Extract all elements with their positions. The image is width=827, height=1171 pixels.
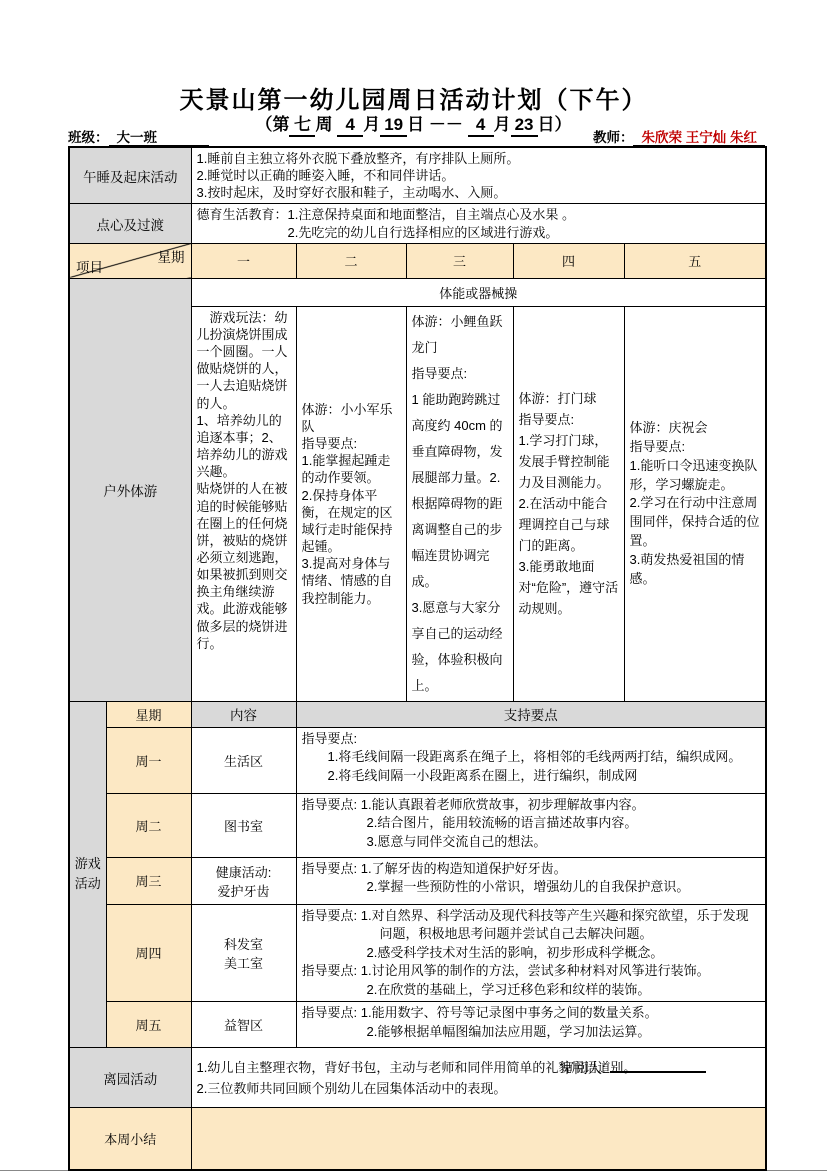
games-points: 指导要点: 1.对自然界、科学活动及现代科技等产生兴趣和探究欲望，乐于发现 问题…	[296, 904, 766, 1001]
day-header-mon: 一	[191, 243, 296, 278]
games-points: 指导要点: 1.能用数字、符号等记录图中事务之间的数量关系。 2.能够根据单幅图…	[296, 1002, 766, 1048]
games-day: 周五	[106, 1002, 191, 1048]
games-row-thu: 周四 科发室 美工室 指导要点: 1.对自然界、科学活动及现代科技等产生兴趣和探…	[69, 904, 766, 1001]
day-header-fri: 五	[624, 243, 766, 278]
reviewer-signature-blank	[610, 1059, 706, 1073]
snack-row: 点心及过渡 德育生活教育：1.注意保持桌面和地面整洁，自主端点心及水果 。 2.…	[69, 204, 766, 243]
document-page: 天景山第一幼儿园周日活动计划（下午） （第七周 4月19日 －－ 4月23日） …	[0, 0, 827, 1170]
outdoor-day-fri: 体游：庆祝会 指导要点: 1.能听口令迅速变换队形，学习螺旋走。 2.学习在行动…	[624, 306, 766, 701]
snack-row-label: 点心及过渡	[69, 204, 191, 243]
games-row-wed: 周三 健康活动: 爱护牙齿 指导要点: 1.了解牙齿的构造知道保护好牙齿。 2.…	[69, 857, 766, 904]
leave-row-label: 离园活动	[69, 1048, 191, 1108]
diagonal-header-item: 项目	[76, 256, 103, 276]
games-row-tue: 周二 图书室 指导要点: 1.能认真跟着老师欣赏故事，初步理解故事内容。 2.结…	[69, 793, 766, 857]
class-value: 大一班	[109, 130, 210, 147]
games-row-fri: 周五 益智区 指导要点: 1.能用数字、符号等记录图中事务之间的数量关系。 2.…	[69, 1002, 766, 1048]
meta-row: 班级：大一班 教师：朱欣荣 王宁灿 朱红	[68, 126, 765, 146]
outdoor-label: 户外体游	[69, 278, 191, 701]
teacher-label: 教师：	[593, 130, 634, 145]
games-day: 周四	[106, 904, 191, 1001]
diagonal-header-week: 星期	[158, 246, 185, 266]
games-content: 益智区	[191, 1002, 296, 1048]
games-header-row: 游戏活动 星期 内容 支持要点	[69, 701, 766, 727]
class-label: 班级：	[68, 130, 109, 145]
exercise-banner: 体能或器械操	[191, 278, 766, 306]
exercise-row: 户外体游 体能或器械操	[69, 278, 766, 306]
outdoor-day-wed: 体游：小鲤鱼跃龙门 指导要点: 1 能助跑跨跳过高度约 40cm 的垂直障碍物，…	[406, 306, 513, 701]
teacher-field: 教师：朱欣荣 王宁灿 朱红	[593, 126, 765, 146]
games-day: 周三	[106, 857, 191, 904]
outdoor-day-tue: 体游：小小军乐队 指导要点: 1.能掌握起踵走的动作要领。 2.保持身体平衡，在…	[296, 306, 406, 701]
games-header-content: 内容	[191, 701, 296, 727]
games-row-mon: 周一 生活区 指导要点: 1.将毛线间隔一段距离系在绳子上，将相邻的毛线两两打结…	[69, 727, 766, 793]
games-points: 指导要点: 1.了解牙齿的构造知道保护好牙齿。 2.掌握一些预防性的小常识，增强…	[296, 857, 766, 904]
nap-row: 午睡及起床活动 1.睡前自主独立将外衣脱下叠放整齐，有序排队上厕所。 2.睡觉时…	[69, 147, 766, 204]
teacher-value: 朱欣荣 王宁灿 朱红	[633, 130, 765, 147]
day-header-tue: 二	[296, 243, 406, 278]
diagonal-header-cell: 星期 项目	[69, 243, 191, 278]
games-points: 指导要点: 1.将毛线间隔一段距离系在绳子上，将相邻的毛线两两打结，编织成网。 …	[296, 727, 766, 793]
summary-row-label: 本周小结	[69, 1108, 191, 1170]
games-content: 科发室 美工室	[191, 904, 296, 1001]
games-content: 图书室	[191, 793, 296, 857]
nap-row-text: 1.睡前自主独立将外衣脱下叠放整齐，有序排队上厕所。 2.睡觉时以正确的睡姿入睡…	[191, 147, 766, 204]
games-vertical-label: 游戏活动	[69, 701, 106, 1047]
games-points: 指导要点: 1.能认真跟着老师欣赏故事，初步理解故事内容。 2.结合图片，能用较…	[296, 793, 766, 857]
games-day: 周一	[106, 727, 191, 793]
nap-row-label: 午睡及起床活动	[69, 147, 191, 204]
games-content: 生活区	[191, 727, 296, 793]
day-header-thu: 四	[513, 243, 624, 278]
weekly-plan-table: 午睡及起床活动 1.睡前自主独立将外衣脱下叠放整齐，有序排队上厕所。 2.睡觉时…	[68, 146, 767, 1171]
outdoor-day-thu: 体游：打门球 指导要点: 1.学习打门球，发展手臂控制能力及目测能力。 2.在活…	[513, 306, 624, 701]
class-field: 班级：大一班	[68, 126, 209, 146]
games-header-points: 支持要点	[296, 701, 766, 727]
games-content: 健康活动: 爱护牙齿	[191, 857, 296, 904]
summary-row: 本周小结	[69, 1108, 766, 1170]
day-header-wed: 三	[406, 243, 513, 278]
summary-row-text	[191, 1108, 766, 1170]
reviewer-label: 审阅人:	[560, 1060, 610, 1076]
weekday-header-row: 星期 项目 一 二 三 四 五	[69, 243, 766, 278]
reviewer-line: 审阅人:	[560, 1058, 706, 1078]
outdoor-day-mon: 游戏玩法：幼儿扮演烧饼围成一个圆圈。一人做贴烧饼的人，一人去追贴烧饼的人。 1、…	[191, 306, 296, 701]
snack-row-text: 德育生活教育：1.注意保持桌面和地面整洁，自主端点心及水果 。 2.先吃完的幼儿…	[191, 204, 766, 243]
games-day: 周二	[106, 793, 191, 857]
games-header-week: 星期	[106, 701, 191, 727]
